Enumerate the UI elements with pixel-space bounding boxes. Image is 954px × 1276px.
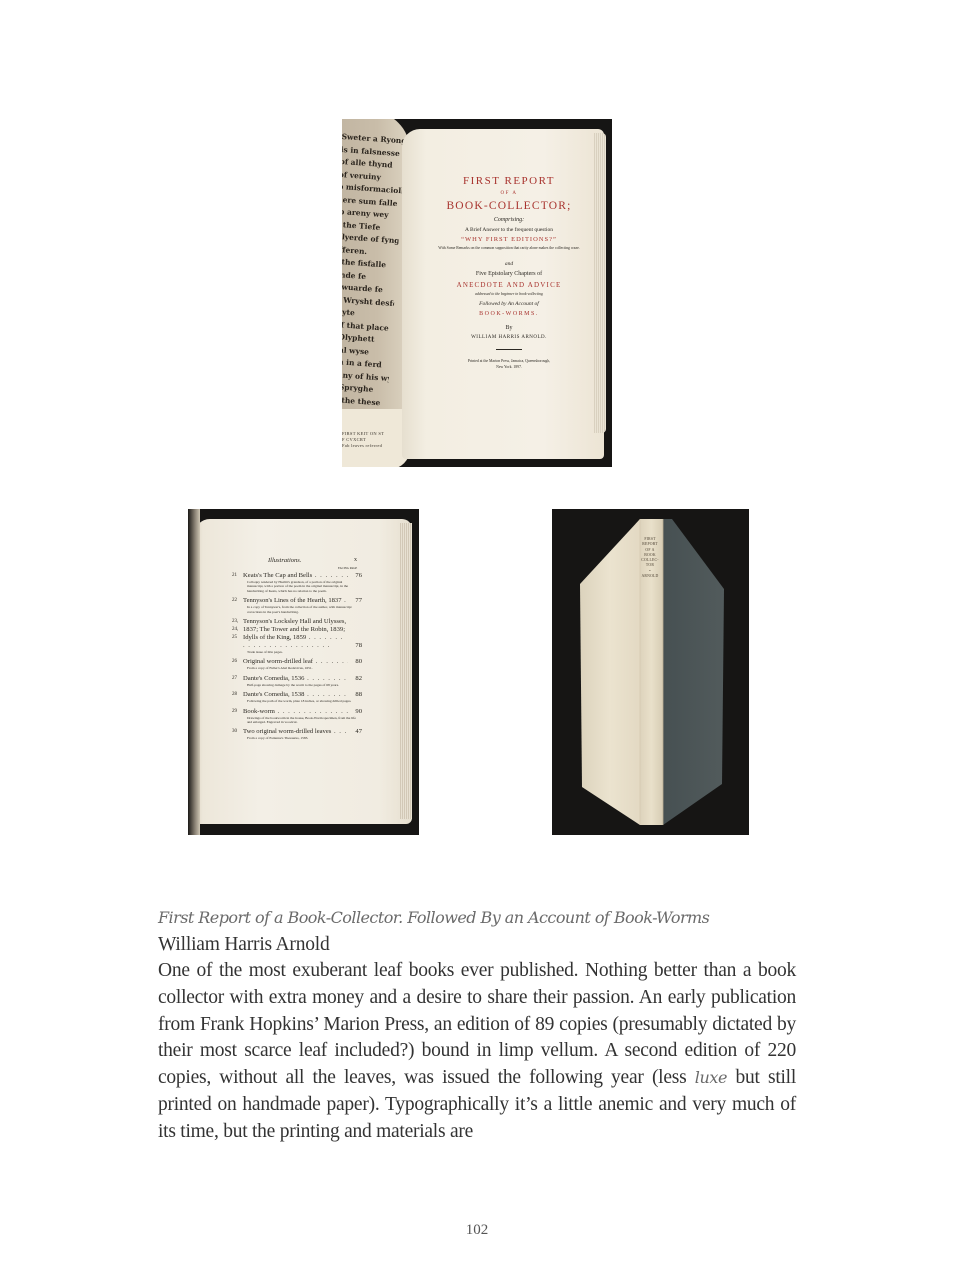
entry-page: 47 [348, 728, 362, 736]
book-title: First Report of a Book-Collector. Follow… [158, 904, 796, 931]
title-comprising: Comprising: [414, 217, 604, 223]
photo-spine: FIRST REPORT OF A BOOK COLLEC- TOR • ARN… [552, 509, 749, 835]
book-entry: First Report of a Book-Collector. Follow… [158, 904, 796, 1146]
title-imprint: Printed at the Marion Press, Jamaica, Qu… [414, 359, 604, 370]
entry-page: 76 [348, 572, 362, 580]
page-edges [400, 523, 412, 819]
title-chapters: Five Epistolary Chapters of [414, 271, 604, 277]
entry-title: Two original worm-drilled leaves [243, 728, 348, 736]
photo-title-page: Sweter a Ryong is in falsnesse of alle t… [342, 119, 612, 467]
facing-page-label: FACING PAGE [338, 566, 357, 570]
entry-note: Half-page showing damage by the worm to … [232, 683, 362, 687]
leaf-caption: FIRST KEIT ON ST F CVXCRT Fab leaves ref… [342, 431, 408, 449]
entry-number: 30 [232, 728, 243, 736]
entry-note: Colloquy rendered by Hazlitt's grandson,… [232, 580, 362, 593]
entry-note: Following the path of the worm, plate 18… [232, 699, 362, 703]
entry-number: 28 [232, 691, 243, 699]
entry-title: Tennyson's Lines of the Hearth, 1837 [243, 597, 348, 605]
illustration-entry: 22Tennyson's Lines of the Hearth, 183777… [232, 597, 362, 614]
title-bookworms: BOOK-WORMS. [414, 311, 604, 317]
entry-page: 77 [348, 597, 362, 605]
entry-note: From a copy of Estienne's Thesaurus, 158… [232, 736, 362, 740]
entry-page: 90 [348, 708, 362, 716]
entry-note: In a copy of Tennyson's, from the collec… [232, 605, 362, 614]
entry-title: Dante's Comedia, 1536 [243, 675, 348, 683]
entry-title: Book-worm [243, 708, 348, 716]
entry-title: Tennyson's Locksley Hall and Ulysses, 18… [243, 618, 348, 650]
spine-label: FIRST REPORT OF A BOOK COLLEC- TOR • ARN… [639, 537, 661, 579]
title-followed-by: Followed by An Account of [414, 301, 604, 307]
entry-title: Original worm-drilled leaf [243, 658, 348, 666]
title-author: WILLIAM HARRIS ARNOLD. [414, 335, 604, 340]
title-question-note: With Some Remarks on the common supposit… [414, 246, 604, 251]
title-rule [496, 349, 522, 350]
illustration-entry: 21Keats's The Cap and Bells76 Colloquy r… [232, 572, 362, 593]
illustration-entry: 28Dante's Comedia, 153888 Following the … [232, 691, 362, 703]
title-line-2: OF A [414, 191, 604, 196]
photo-illustrations-page: Illustrations. x FACING PAGE 21Keats's T… [188, 509, 419, 835]
entry-number: 22 [232, 597, 243, 605]
entry-page: 80 [348, 658, 362, 666]
illustration-entry: 27Dante's Comedia, 153682 Half-page show… [232, 675, 362, 687]
page-gutter [188, 509, 200, 835]
illustration-entry: 23, 24, 25Tennyson's Locksley Hall and U… [232, 618, 362, 654]
title-brief-answer: A Brief Answer to the frequent question [414, 227, 604, 233]
title-anecdote: ANECDOTE AND ADVICE [414, 281, 604, 289]
entry-page: 88 [348, 691, 362, 699]
title-line-1: FIRST REPORT [414, 175, 604, 187]
title-by: By [414, 325, 604, 331]
entry-title: Dante's Comedia, 1538 [243, 691, 348, 699]
title-and: and [414, 261, 604, 267]
title-anecdote-note: addressed to the beginner in book-collec… [414, 292, 604, 296]
illustrations-heading: Illustrations. [268, 557, 301, 564]
title-line-3: BOOK-COLLECTOR; [414, 200, 604, 212]
entry-number: 21 [232, 572, 243, 580]
illustration-entry: 30Two original worm-drilled leaves47 Fro… [232, 728, 362, 740]
illustrations-page-number: x [354, 557, 357, 563]
book-description: One of the most exuberant leaf books eve… [158, 958, 796, 1146]
entry-note: Trade issue of title pages. [232, 650, 362, 654]
entry-page: 82 [348, 675, 362, 683]
entry-note: Drawings of the bookworm in the house, B… [232, 716, 362, 725]
entry-number: 26 [232, 658, 243, 666]
entry-note: From a copy of Fuller's Abel Redevivus, … [232, 666, 362, 670]
page-number: 102 [0, 1222, 954, 1239]
illustration-entry: 26Original worm-drilled leaf80 From a co… [232, 658, 362, 670]
book-author: William Harris Arnold [158, 931, 796, 958]
title-question: “WHY FIRST EDITIONS?” [414, 236, 604, 243]
entry-number: 27 [232, 675, 243, 683]
entry-number: 29 [232, 708, 243, 716]
illustration-entry: 29Book-worm90 Drawings of the bookworm i… [232, 708, 362, 725]
entry-page: 78 [348, 642, 362, 650]
description-emphasis: luxe [695, 1068, 727, 1087]
entry-number: 23, 24, 25 [232, 618, 243, 650]
illustrations-list: 21Keats's The Cap and Bells76 Colloquy r… [232, 572, 362, 745]
entry-title: Keats's The Cap and Bells [243, 572, 348, 580]
